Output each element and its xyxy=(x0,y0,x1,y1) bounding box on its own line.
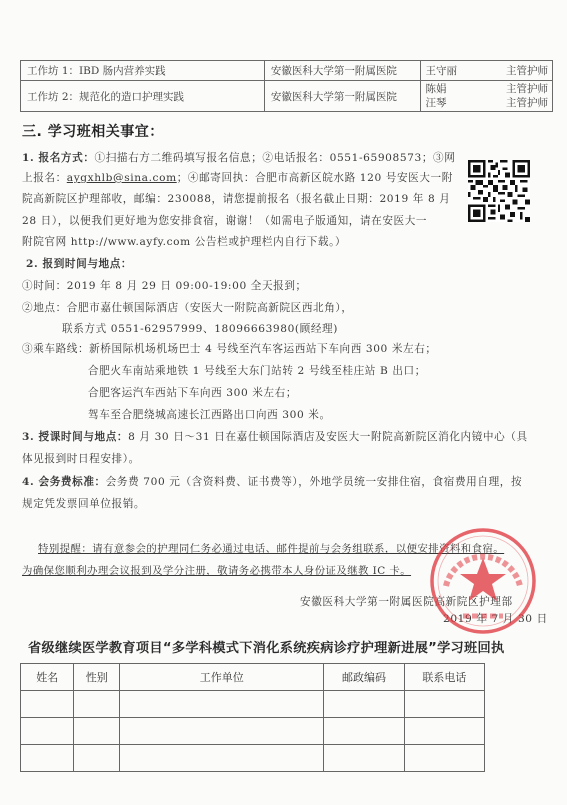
workplace-cell[interactable] xyxy=(120,691,324,718)
workplace-cell[interactable] xyxy=(120,718,324,745)
speaker-name: 汪琴 xyxy=(425,96,446,110)
phone-cell[interactable] xyxy=(404,745,484,772)
phone-cell[interactable] xyxy=(404,718,484,745)
lecture-text: 8 月 30 日～31 日在嘉仕顿国际酒店及安医大一附院高新院区消化内镜中心（具 xyxy=(128,431,528,443)
workshop-institution: 安徽医科大学第一附属医院 xyxy=(264,81,421,112)
workshop-institution: 安徽医科大学第一附属医院 xyxy=(264,61,421,81)
lecture-line-1: 3. 授课时间与地点：8 月 30 日～31 日在嘉仕顿国际酒店及安医大一附院高… xyxy=(22,429,528,444)
checkin-place: ②地点：合肥市嘉仕顿国际酒店（安医大一附院高新院区西北角）， xyxy=(22,300,353,315)
col-gender: 性别 xyxy=(74,664,120,691)
fee-line-1: 4. 会务费标准：会务费 700 元（含资料费、证书费等），外地学员统一安排住宿… xyxy=(22,474,522,489)
qr-code-icon xyxy=(468,160,530,222)
col-workplace: 工作单位 xyxy=(120,664,324,691)
speaker: 王守丽 主管护师 xyxy=(425,64,548,78)
speaker-title: 主管护师 xyxy=(506,64,548,78)
registration-label: 1. 报名方式： xyxy=(22,152,95,164)
workshop-row: 工作坊 2：规范化的造口护理实践 安徽医科大学第一附属医院 陈娟 主管护师 汪琴… xyxy=(21,81,553,112)
workshop-row: 工作坊 1：IBD 肠内营养实践 安徽医科大学第一附属医院 王守丽 主管护师 xyxy=(21,61,553,81)
speaker-title: 主管护师 xyxy=(506,96,548,110)
route-bus: 合肥客运汽车西站下车向西 300 米左右； xyxy=(88,385,297,400)
col-name: 姓名 xyxy=(21,664,74,691)
receipt-row xyxy=(21,745,485,772)
receipt-table: 姓名 性别 工作单位 邮政编码 联系电话 xyxy=(20,663,485,772)
gender-cell[interactable] xyxy=(74,718,120,745)
fee-text: 会务费 700 元（含资料费、证书费等），外地学员统一安排住宿，食宿费用自理，按 xyxy=(106,476,522,488)
receipt-header-row: 姓名 性别 工作单位 邮政编码 联系电话 xyxy=(21,664,485,691)
route-drive: 驾车至合肥绕城高速长江西路出口向西 300 米。 xyxy=(88,407,331,422)
online-registration-label: 上报名： xyxy=(22,172,67,184)
workshop-speakers: 陈娟 主管护师 汪琴 主管护师 xyxy=(421,81,553,112)
speaker-title: 主管护师 xyxy=(506,82,548,96)
lecture-label: 3. 授课时间与地点： xyxy=(22,431,128,443)
gender-cell[interactable] xyxy=(74,691,120,718)
registration-line-2: 上报名：aygxhlb@sina.com；④邮寄回执：合肥市高新区皖水路 120… xyxy=(22,170,453,185)
fee-line-2: 规定凭发票回单位报销。 xyxy=(22,496,145,511)
registration-text: ①扫描右方二维码填写报名信息；②电话报名：0551-65908573；③网 xyxy=(95,152,456,164)
name-cell[interactable] xyxy=(21,718,74,745)
signature-org: 安徽医科大学第一附属医院高新院区护理部 xyxy=(300,594,513,609)
postcode-cell[interactable] xyxy=(324,745,404,772)
workshop-table: 工作坊 1：IBD 肠内营养实践 安徽医科大学第一附属医院 王守丽 主管护师 工… xyxy=(20,60,553,112)
receipt-row xyxy=(21,691,485,718)
special-notice-line-1: 特别提醒：请有意参会的护理同仁务必通过电话、邮件提前与会务组联系，以便安排资料和… xyxy=(38,540,504,555)
lecture-line-2: 体见报到时日程安排）。 xyxy=(22,451,140,466)
checkin-time: ①时间：2019 年 8 月 29 日 09:00-19:00 全天报到； xyxy=(22,278,307,293)
name-cell[interactable] xyxy=(21,745,74,772)
workshop-speakers: 王守丽 主管护师 xyxy=(421,61,553,81)
registration-line-3: 院高新院区护理部收，邮编：230088，请您提前报名（报名截止日期：2019 年… xyxy=(22,191,450,206)
registration-line-4: 28 日），以便我们更好地为您安排食宿，谢谢！（如需电子版通知，请在安医大一 xyxy=(22,213,427,228)
email-link[interactable]: aygxhlb@sina.com xyxy=(67,172,177,184)
receipt-row xyxy=(21,718,485,745)
speaker: 陈娟 主管护师 xyxy=(425,82,548,96)
postcode-cell[interactable] xyxy=(324,718,404,745)
route-line-1: ③乘车路线：新桥国际机场机场巴士 4 号线至汽车客运西站下车向西 300 米左右… xyxy=(22,341,437,356)
registration-line-5: 附院官网 http://www.ayfy.com 公告栏或护理栏内自行下载。） xyxy=(22,234,346,249)
qr-code[interactable] xyxy=(468,160,530,222)
postcode-cell[interactable] xyxy=(324,691,404,718)
col-postcode: 邮政编码 xyxy=(324,664,404,691)
signature-date: 2019 年 7 月 30 日 xyxy=(443,611,548,626)
speaker: 汪琴 主管护师 xyxy=(425,96,548,110)
speaker-name: 陈娟 xyxy=(425,82,446,96)
section-heading: 三. 学习班相关事宜： xyxy=(22,121,164,141)
speaker-name: 王守丽 xyxy=(425,64,457,78)
phone-cell[interactable] xyxy=(404,691,484,718)
checkin-contact: 联系方式 0551-62957999、18096663980(顾经理) xyxy=(62,321,338,336)
gender-cell[interactable] xyxy=(74,745,120,772)
registration-line-1: 1. 报名方式：①扫描右方二维码填写报名信息；②电话报名：0551-659085… xyxy=(22,150,455,165)
name-cell[interactable] xyxy=(21,691,74,718)
mail-address-text: ；④邮寄回执：合肥市高新区皖水路 120 号安医大一附 xyxy=(177,172,453,184)
fee-label: 4. 会务费标准： xyxy=(22,476,106,488)
workplace-cell[interactable] xyxy=(120,745,324,772)
workshop-topic: 工作坊 2：规范化的造口护理实践 xyxy=(21,81,265,112)
checkin-heading: 2. 报到时间与地点： xyxy=(26,256,132,271)
route-airport: 新桥国际机场机场巴士 4 号线至汽车客运西站下车向西 300 米左右； xyxy=(89,343,436,355)
route-label: ③乘车路线： xyxy=(22,343,89,355)
receipt-title: 省级继续医学教育项目“多学科模式下消化系统疾病诊疗护理新进展”学习班回执 xyxy=(28,637,505,656)
workshop-topic: 工作坊 1：IBD 肠内营养实践 xyxy=(21,61,265,81)
special-notice-line-2: 为确保您顺利办理会议报到及学分注册，敬请务必携带本人身份证及继教 IC 卡。 xyxy=(22,562,411,577)
route-train: 合肥火车南站乘地铁 1 号线至大东门站转 2 号线至桂庄站 B 出口； xyxy=(88,363,426,378)
col-phone: 联系电话 xyxy=(404,664,484,691)
